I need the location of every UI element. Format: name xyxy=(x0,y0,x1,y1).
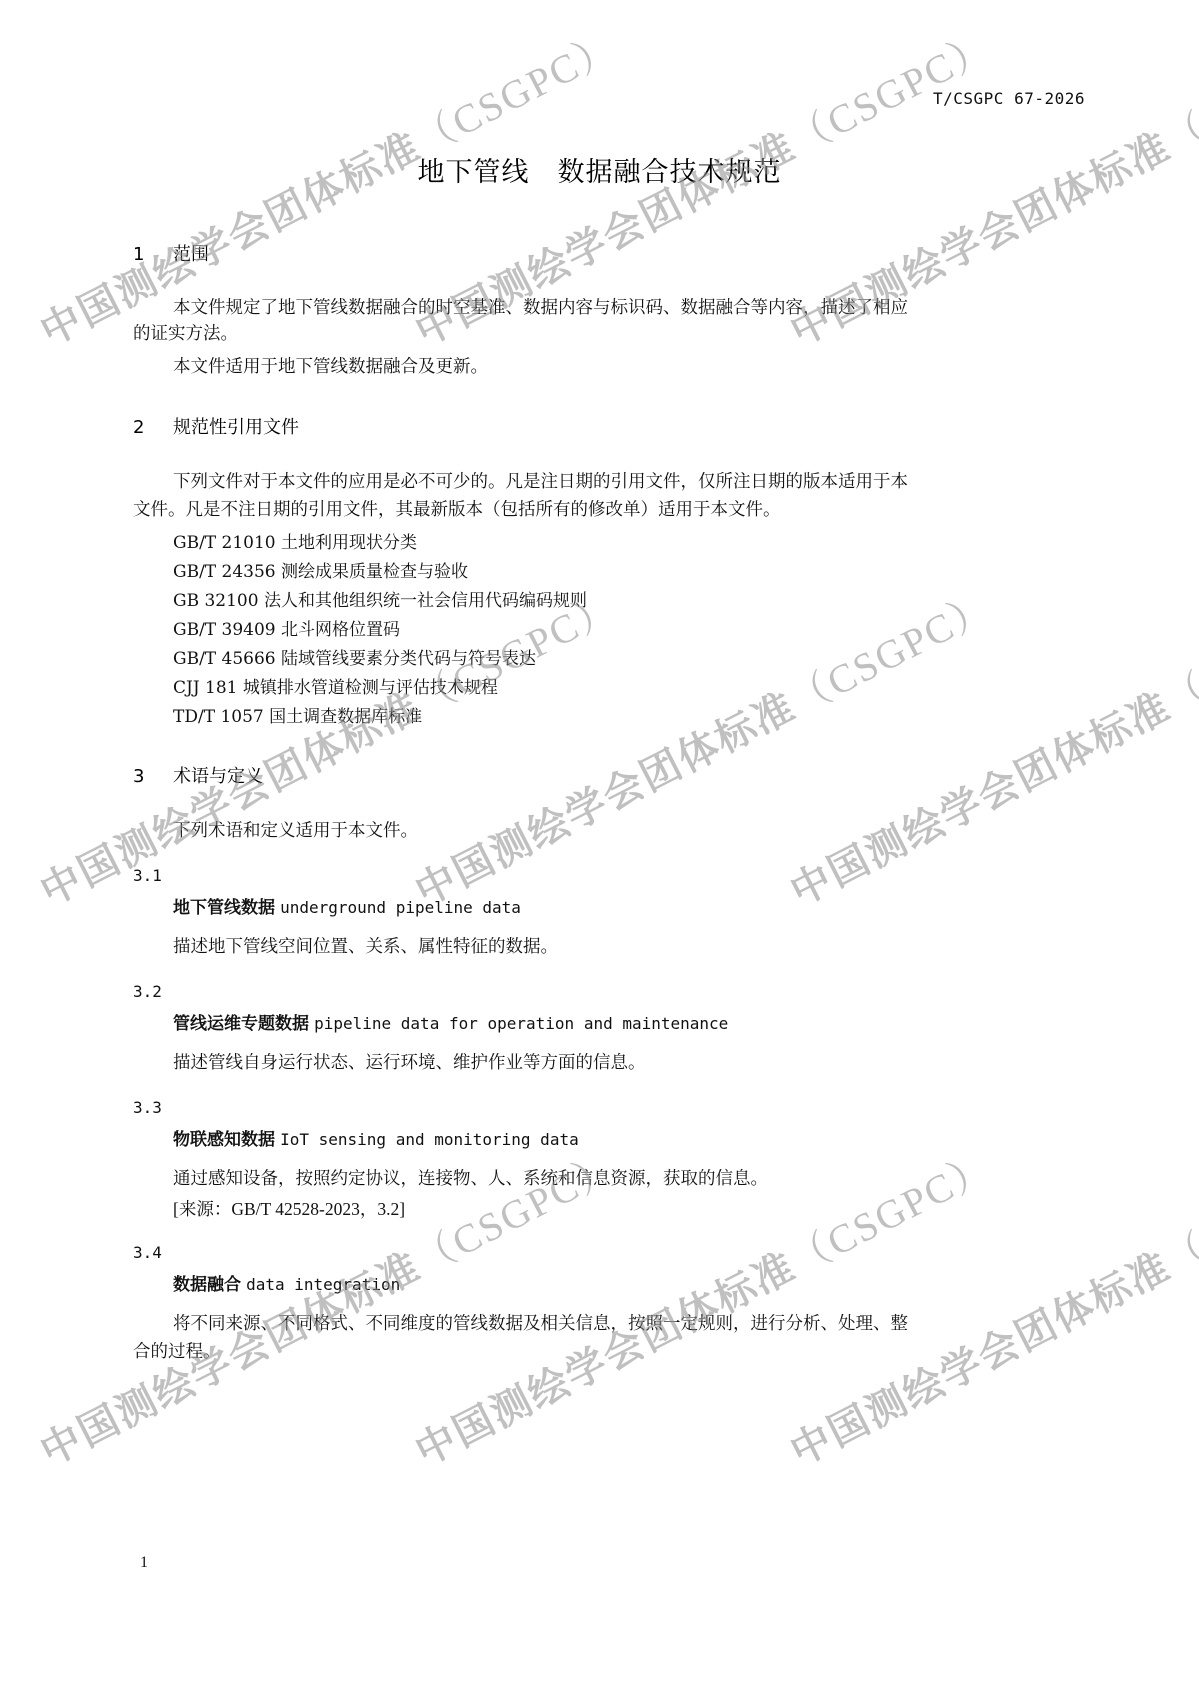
term-name-zh: 管线运维专题数据 xyxy=(173,1014,309,1034)
section-number: 3 xyxy=(133,766,173,787)
term-name-en: pipeline data for operation and maintena… xyxy=(314,1014,728,1033)
reference-item: GB/T 45666 陆域管线要素分类代码与符号表达 xyxy=(173,644,536,669)
term-name-zh: 地下管线数据 xyxy=(173,898,275,918)
section-heading-normative-references: 2规范性引用文件 xyxy=(133,413,299,439)
term-name-en: underground pipeline data xyxy=(280,898,521,917)
reference-item: CJJ 181 城镇排水管道检测与评估技术规程 xyxy=(173,673,498,698)
references-intro-line1: 下列文件对于本文件的应用是必不可少的。凡是注日期的引用文件，仅所注日期的版本适用… xyxy=(173,470,908,494)
term-definition-line1: 将不同来源、不同格式、不同维度的管线数据及相关信息，按照一定规则，进行分析、处理… xyxy=(173,1312,908,1336)
references-intro-line2: 文件。凡是不注日期的引用文件，其最新版本（包括所有的修改单）适用于本文件。 xyxy=(133,498,781,522)
term-source: [来源：GB/T 42528-2023，3.2] xyxy=(173,1196,405,1221)
watermark: 中国测绘学会团体标准（CSGPC） xyxy=(779,1135,1199,1477)
term-definition: 通过感知设备，按照约定协议，连接物、人、系统和信息资源，获取的信息。 xyxy=(173,1167,768,1191)
term-number: 3.3 xyxy=(133,1098,162,1117)
standard-code: T/CSGPC 67-2026 xyxy=(933,89,1085,108)
term-heading: 物联感知数据 IoT sensing and monitoring data xyxy=(173,1125,579,1150)
term-name-zh: 物联感知数据 xyxy=(173,1130,275,1150)
term-heading: 数据融合 data integration xyxy=(173,1270,400,1295)
reference-item: GB/T 24356 测绘成果质量检查与验收 xyxy=(173,557,468,582)
reference-item: GB/T 39409 北斗网格位置码 xyxy=(173,615,400,640)
title-part-2: 数据融合技术规范 xyxy=(558,157,782,188)
term-name-en: data integration xyxy=(246,1275,400,1294)
section-number: 1 xyxy=(133,244,173,265)
term-number: 3.1 xyxy=(133,866,162,885)
section-title: 范围 xyxy=(173,244,209,265)
term-definition-line2: 合的过程。 xyxy=(133,1340,221,1364)
term-definition: 描述地下管线空间位置、关系、属性特征的数据。 xyxy=(173,935,558,959)
section-title: 术语与定义 xyxy=(173,766,263,787)
section-heading-scope: 1范围 xyxy=(133,240,209,266)
term-number: 3.2 xyxy=(133,982,162,1001)
section-title: 规范性引用文件 xyxy=(173,417,299,438)
watermark: 中国测绘学会团体标准（CSGPC） xyxy=(404,575,1001,917)
term-definition: 描述管线自身运行状态、运行环境、维护作业等方面的信息。 xyxy=(173,1051,646,1075)
reference-item: TD/T 1057 国土调查数据库标准 xyxy=(173,702,422,727)
scope-paragraph-line2: 的证实方法。 xyxy=(133,322,238,346)
watermark: 中国测绘学会团体标准（CSGPC） xyxy=(779,575,1199,917)
term-number: 3.4 xyxy=(133,1243,162,1262)
title-part-1: 地下管线 xyxy=(418,157,530,188)
term-name-zh: 数据融合 xyxy=(173,1275,241,1295)
reference-item: GB 32100 法人和其他组织统一社会信用代码编码规则 xyxy=(173,586,587,611)
scope-paragraph-line1: 本文件规定了地下管线数据融合的时空基准、数据内容与标识码、数据融合等内容，描述了… xyxy=(173,296,908,320)
terms-intro: 下列术语和定义适用于本文件。 xyxy=(173,819,418,843)
reference-item: GB/T 21010 土地利用现状分类 xyxy=(173,528,417,553)
section-heading-terms: 3术语与定义 xyxy=(133,762,263,788)
term-heading: 管线运维专题数据 pipeline data for operation and… xyxy=(173,1009,728,1034)
document-title: 地下管线数据融合技术规范 xyxy=(0,150,1199,189)
scope-applicability: 本文件适用于地下管线数据融合及更新。 xyxy=(173,355,488,379)
page-number: 1 xyxy=(140,1554,148,1572)
document-page: T/CSGPC 67-2026 地下管线数据融合技术规范 1范围 本文件规定了地… xyxy=(0,0,1199,1696)
section-number: 2 xyxy=(133,417,173,438)
term-name-en: IoT sensing and monitoring data xyxy=(280,1130,579,1149)
term-heading: 地下管线数据 underground pipeline data xyxy=(173,893,521,918)
